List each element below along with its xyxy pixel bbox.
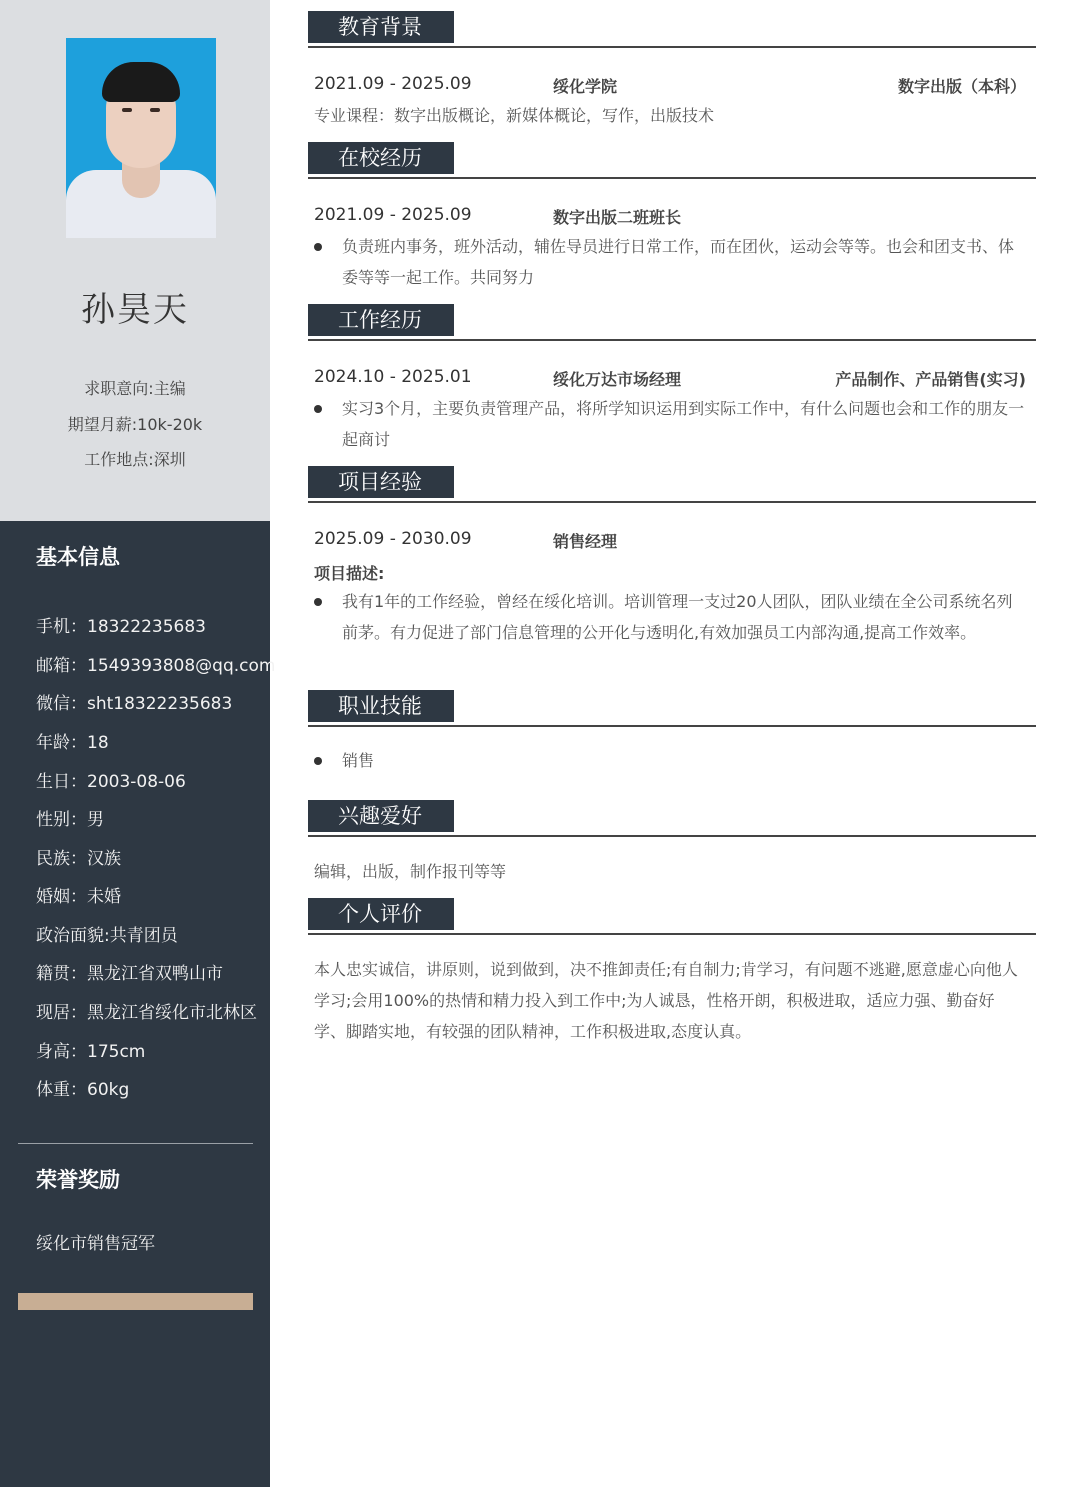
section-rule [308,725,1036,727]
education-heading: 教育背景 [308,11,454,43]
work-company: 绥化万达市场经理 [553,367,681,390]
sidebar: 孙昊天 求职意向:主编 期望月薪:10k-20k 工作地点:深圳 基本信息 手机… [0,0,270,1487]
bullet-icon [314,757,322,765]
honors-heading: 荣誉奖励 [36,1164,120,1194]
skills-heading: 职业技能 [308,690,454,722]
section-hobbies: 兴趣爱好 [308,800,1036,836]
sidebar-divider [18,1143,253,1144]
section-rule [308,177,1036,179]
section-project: 项目经验 [308,466,1036,502]
skill-item: 销售 [314,745,1026,776]
profile-photo [66,38,216,238]
campus-heading: 在校经历 [308,142,454,174]
job-intent: 求职意向:主编 [0,376,270,399]
education-major: 数字出版（本科） [898,74,1026,97]
work-location: 工作地点:深圳 [0,447,270,470]
info-birthday: 生日：2003-08-06 [36,767,186,792]
project-date: 2025.09 - 2030.09 [314,529,472,549]
hobbies-text: 编辑，出版，制作报刊等等 [314,856,1026,887]
info-wechat: 微信：sht18322235683 [36,689,232,714]
education-courses: 专业课程：数字出版概论，新媒体概论，写作，出版技术 [314,100,1026,131]
section-rule [308,501,1036,503]
section-self-eval: 个人评价 [308,898,1036,934]
bullet-icon [314,243,322,251]
self-eval-heading: 个人评价 [308,898,454,930]
work-position: 产品制作、产品销售(实习) [835,367,1026,390]
info-hometown: 籍贯：黑龙江省双鸭山市 [36,959,223,984]
info-ethnicity: 民族：汉族 [36,844,121,869]
expected-salary: 期望月薪:10k-20k [0,412,270,435]
info-political: 政治面貌:共青团员 [36,921,178,946]
basic-info-heading: 基本信息 [36,541,120,571]
info-age: 年龄：18 [36,728,109,753]
info-marital: 婚姻：未婚 [36,882,121,907]
hobbies-heading: 兴趣爱好 [308,800,454,832]
section-rule [308,835,1036,837]
project-heading: 项目经验 [308,466,454,498]
candidate-name: 孙昊天 [0,282,270,331]
info-email: 邮箱：1549393808@qq.com [36,651,275,676]
campus-bullet: 负责班内事务，班外活动，辅佐导员进行日常工作，而在团伙，运动会等等。也会和团支书… [314,231,1026,293]
accent-bar [18,1293,253,1310]
project-desc-label: 项目描述: [314,561,384,584]
section-rule [308,933,1036,935]
info-phone: 手机：18322235683 [36,612,206,637]
section-work: 工作经历 [308,304,1036,340]
project-bullet: 我有1年的工作经验，曾经在绥化培训。培训管理一支过20人团队，团队业绩在全公司系… [314,586,1026,648]
education-date: 2021.09 - 2025.09 [314,74,472,94]
project-role: 销售经理 [553,529,617,552]
self-eval-text: 本人忠实诚信，讲原则，说到做到，决不推卸责任;有自制力;肯学习，有问题不逃避,愿… [314,954,1026,1047]
bullet-icon [314,405,322,413]
campus-role: 数字出版二班班长 [553,205,681,228]
work-heading: 工作经历 [308,304,454,336]
education-school: 绥化学院 [553,74,617,97]
section-education: 教育背景 [308,11,1036,47]
section-rule [308,46,1036,48]
campus-date: 2021.09 - 2025.09 [314,205,472,225]
info-height: 身高：175cm [36,1037,145,1062]
section-rule [308,339,1036,341]
info-residence: 现居：黑龙江省绥化市北林区 [36,998,257,1023]
section-campus: 在校经历 [308,142,1036,178]
honor-item: 绥化市销售冠军 [36,1229,155,1254]
info-weight: 体重：60kg [36,1075,129,1100]
section-skills: 职业技能 [308,690,1036,726]
work-date: 2024.10 - 2025.01 [314,367,472,387]
work-bullet: 实习3个月，主要负责管理产品，将所学知识运用到实际工作中，有什么问题也会和工作的… [314,393,1026,455]
bullet-icon [314,598,322,606]
info-gender: 性别：男 [36,805,104,830]
